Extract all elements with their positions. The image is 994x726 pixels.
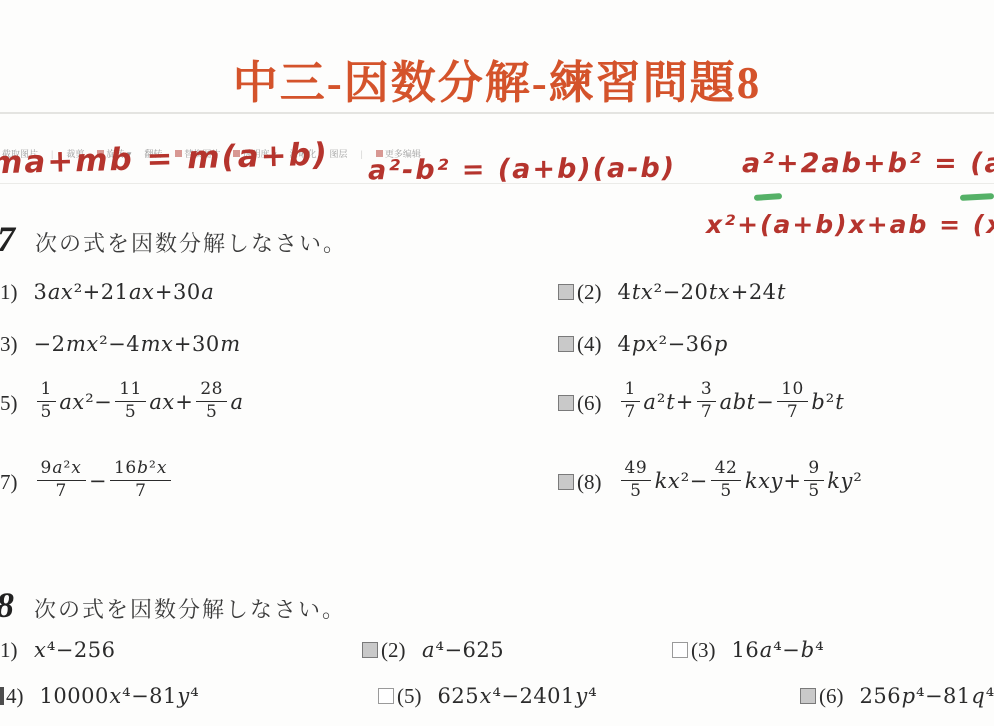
problem7-item-8: (8) 495kx²−425kxy+95ky² — [558, 452, 862, 512]
math-expression: 256p⁴−81q⁴ — [860, 684, 994, 708]
answer-checkbox — [558, 395, 574, 411]
problem8-item-3: (3) 16a⁴−b⁴ — [672, 634, 824, 666]
toolbar-button[interactable]: 图层 — [329, 147, 347, 160]
math-expression: 4tx²−20tx+24t — [618, 280, 787, 304]
item-number: (6) — [577, 391, 602, 416]
problem8-number: 8 — [0, 584, 14, 626]
page-title: 中三-因数分解-練習問題8 — [0, 46, 994, 111]
math-expression: 10000x⁴−81y⁴ — [40, 684, 200, 708]
math-expression: 495kx²−425kxy+95ky² — [618, 462, 863, 503]
problem7-item-3: 3) −2mx²−4mx+30m — [0, 328, 241, 360]
answer-checkbox — [362, 642, 378, 658]
item-number: 1) — [0, 280, 18, 305]
problem7-item-7: 7) 9a²x7−16b²x7 — [0, 452, 174, 512]
math-expression: 3ax²+21ax+30a — [34, 280, 215, 304]
math-expression: 625x⁴−2401y⁴ — [438, 684, 598, 708]
problem8-header: 8 次の式を因数分解しなさい。 — [0, 584, 346, 626]
answer-checkbox — [558, 284, 574, 300]
toolbar-separator: | — [361, 149, 363, 159]
item-number: (2) — [381, 638, 406, 663]
math-expression: 9a²x7−16b²x7 — [34, 462, 175, 503]
answer-checkbox — [800, 688, 816, 704]
handwritten-formula-cross-term: x²+(a+b)x+ab = (x+a — [706, 210, 994, 239]
item-number: 3) — [0, 332, 18, 357]
math-expression: 15ax²−115ax+285a — [34, 383, 245, 424]
problem7-instruction: 次の式を因数分解しなさい。 — [35, 227, 347, 258]
math-expression: −2mx²−4mx+30m — [34, 332, 242, 356]
math-expression: a⁴−625 — [422, 638, 505, 662]
answer-checkbox — [672, 642, 688, 658]
problem8-item-2: (2) a⁴−625 — [362, 634, 504, 666]
problem8-item-4: 4) 10000x⁴−81y⁴ — [0, 680, 199, 712]
problem8-item-5: (5) 625x⁴−2401y⁴ — [378, 680, 597, 712]
item-number: (6) — [819, 684, 844, 709]
math-expression: x⁴−256 — [34, 638, 116, 662]
problem8-instruction: 次の式を因数分解しなさい。 — [34, 593, 346, 624]
item-number: 7) — [0, 470, 18, 495]
handwritten-formula-diff-squares: a²-b² = (a+b)(a-b) — [368, 153, 676, 187]
answer-checkbox — [558, 474, 574, 490]
problem8-item-6: (6) 256p⁴−81q⁴ — [800, 680, 994, 712]
slide-canvas: 中三-因数分解-練習問題8 截取图片|裁剪旋转 ▾翻转替换图片透明度 ▾清晰化图… — [0, 0, 994, 726]
item-number: (3) — [691, 638, 716, 663]
problem7-number: 7 — [0, 218, 15, 260]
problem7-header: 7 次の式を因数分解しなさい。 — [0, 218, 347, 260]
item-number: 4) — [6, 684, 24, 709]
problem7-item-4: (4) 4px²−36p — [558, 328, 728, 360]
item-number: (5) — [397, 684, 422, 709]
answer-checkbox — [0, 687, 4, 705]
item-number: (8) — [577, 470, 602, 495]
answer-checkbox — [378, 688, 394, 704]
answer-checkbox — [558, 336, 574, 352]
item-number: 1) — [0, 638, 18, 663]
item-number: 5) — [0, 391, 18, 416]
problem7-item-2: (2) 4tx²−20tx+24t — [558, 276, 787, 308]
item-number: (2) — [577, 280, 602, 305]
math-expression: 4px²−36p — [618, 332, 729, 356]
handwritten-formula-perfect-square: a²+2ab+b² = (a+ — [742, 148, 994, 179]
math-expression: 16a⁴−b⁴ — [732, 638, 825, 662]
item-number: (4) — [577, 332, 602, 357]
problem8-item-1: 1) x⁴−256 — [0, 634, 115, 666]
math-expression: 17a²t+37abt−107b²t — [618, 383, 845, 424]
handwritten-formula-distributive: ma+mb = m(a+b) — [0, 137, 329, 182]
problem7-item-5: 5) 15ax²−115ax+285a — [0, 373, 244, 433]
problem7-item-6: (6) 17a²t+37abt−107b²t — [558, 373, 845, 433]
problem7-item-1: 1) 3ax²+21ax+30a — [0, 276, 215, 308]
green-underline-mark — [754, 193, 782, 201]
green-underline-mark — [960, 193, 994, 201]
header-divider — [0, 112, 994, 114]
